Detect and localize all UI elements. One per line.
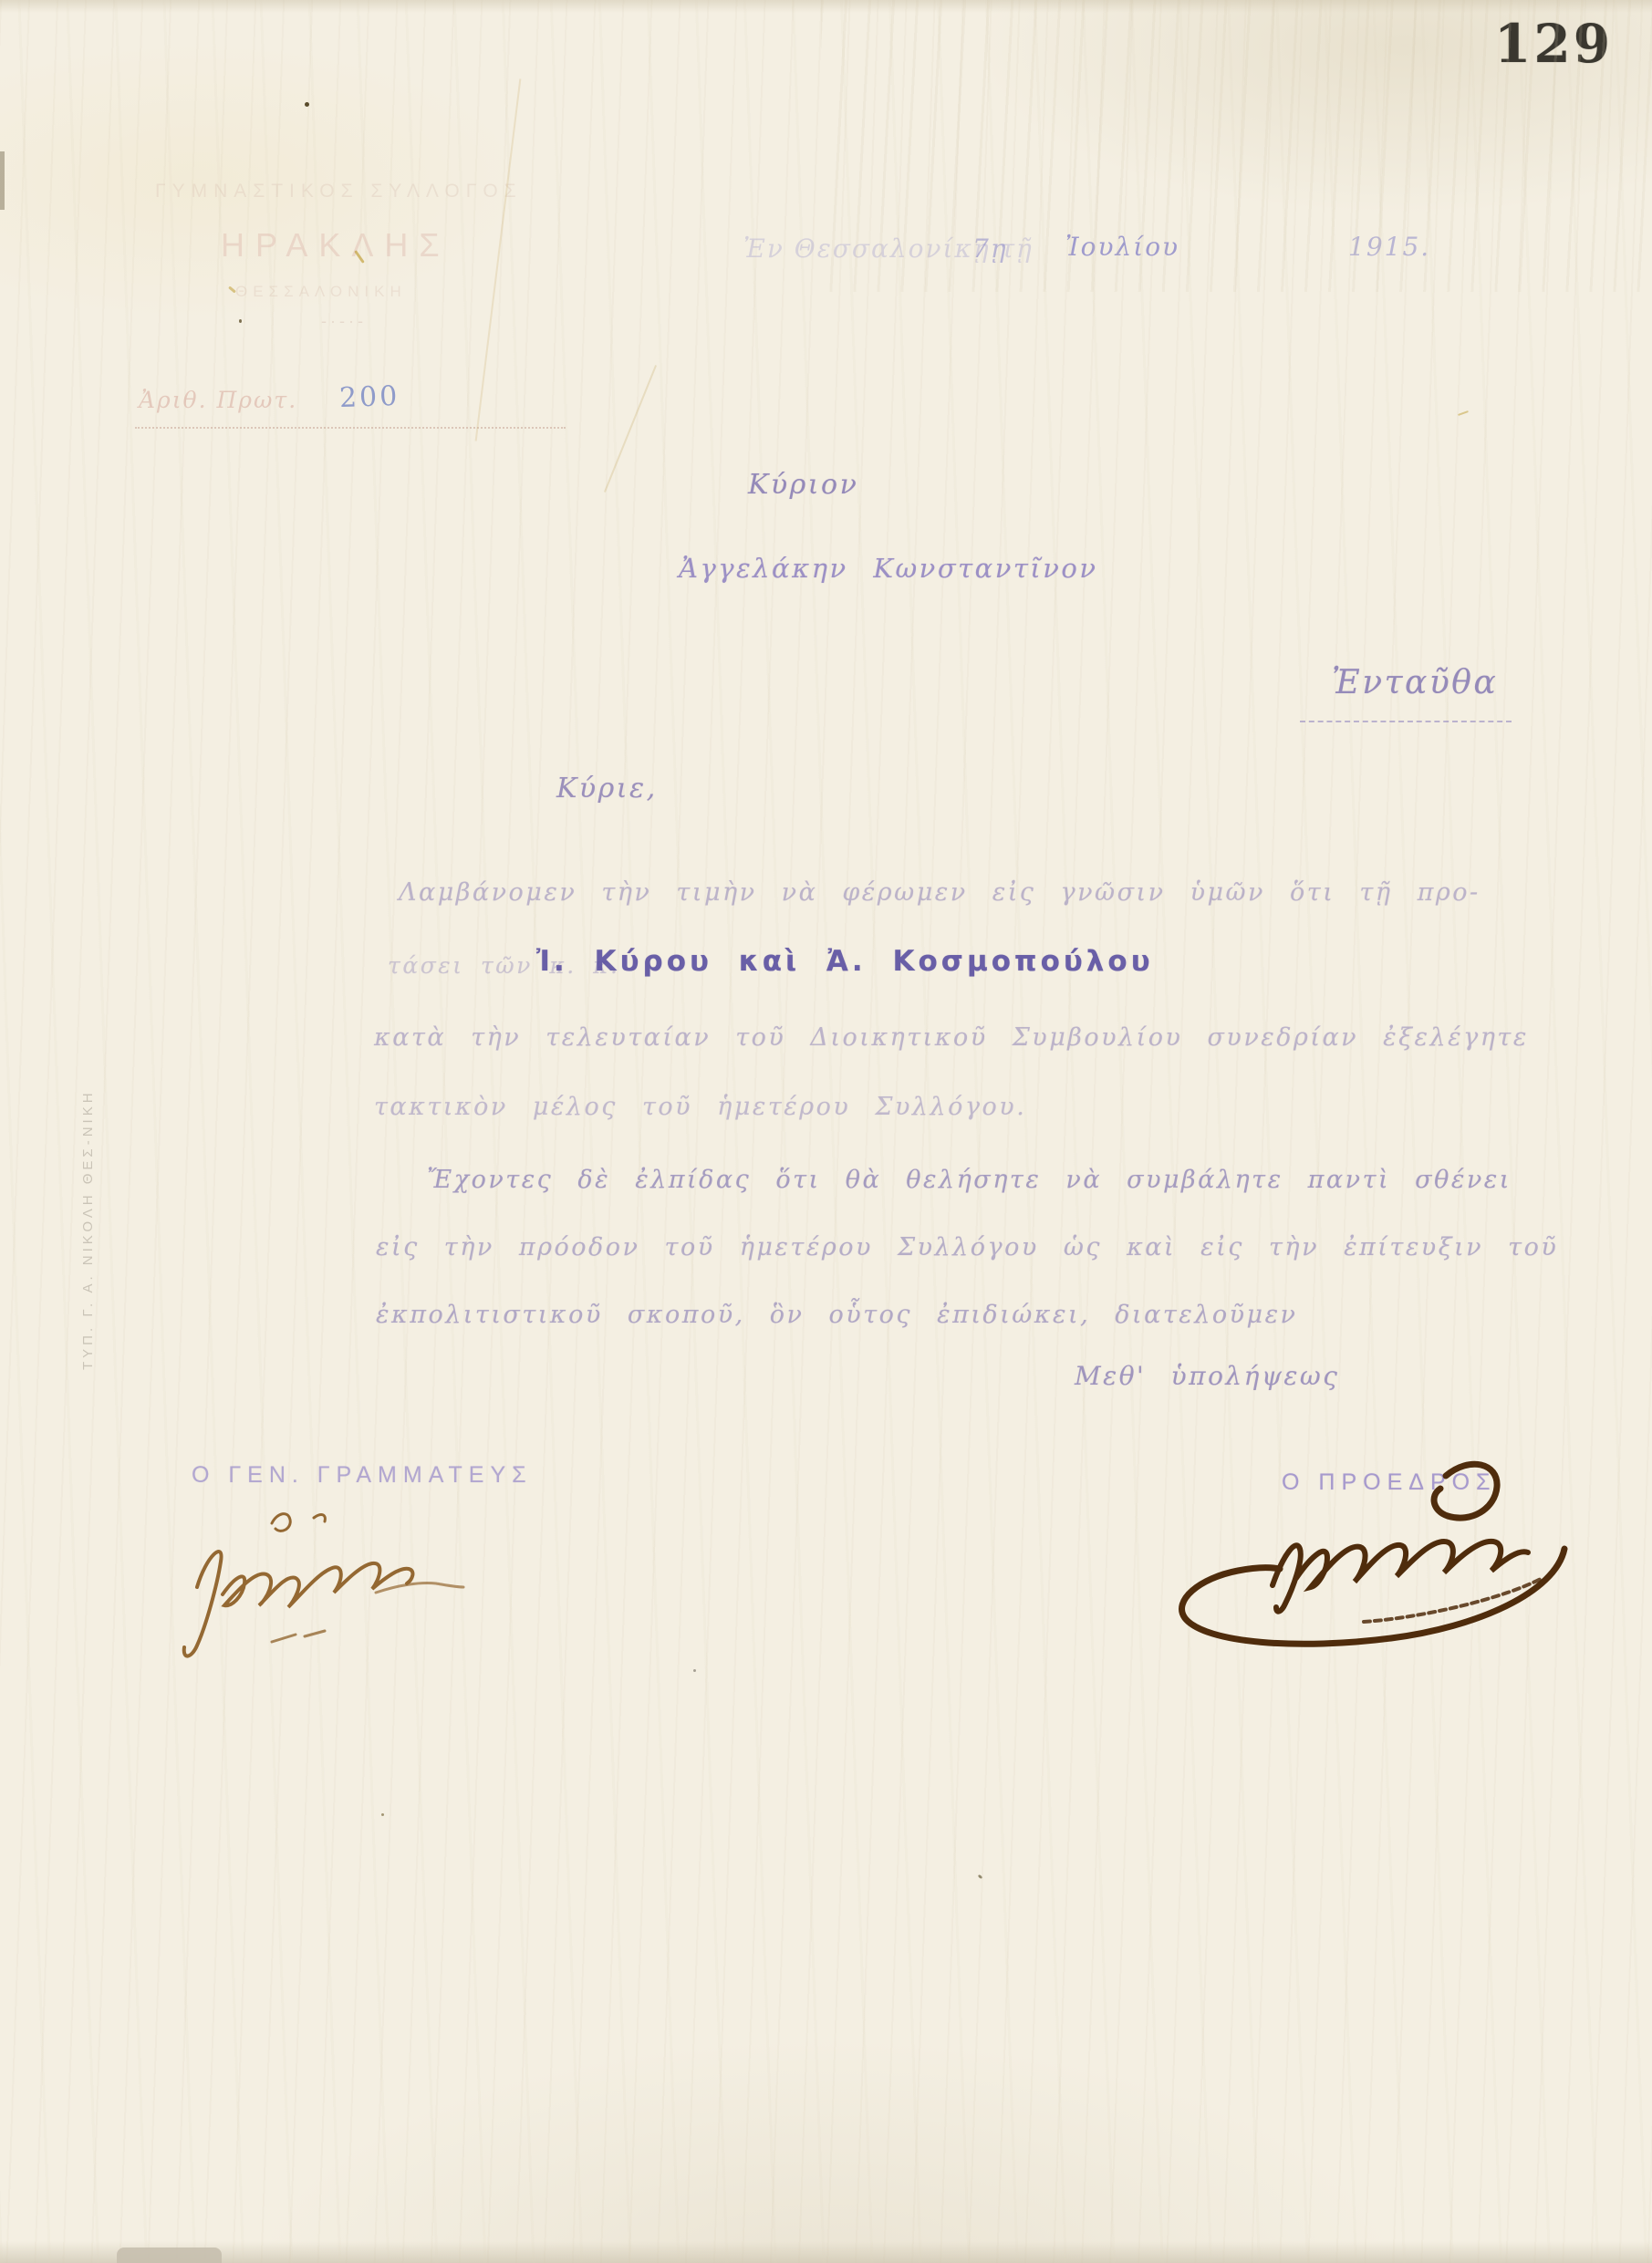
president-signature [1136,1448,1610,1667]
body-p2-line2: εἰς τὴν πρόοδον τοῦ ἡμετέρου Συλλόγου ὡς… [376,1233,1558,1261]
letterhead-city-line: ΘΕΣΣΑΛΟΝΙΚΗ [235,283,407,301]
scan-edge-blob [117,2247,222,2263]
paper-crinkle-overlay [821,0,1652,292]
body-p2-line3: ἐκπολιτιστικοῦ σκοποῦ, ὃν οὗτος ἐπιδιώκε… [376,1301,1297,1329]
body-p2-line1: Ἔχοντες δὲ ἐλπίδας ὅτι θὰ θελήσητε νὰ συ… [427,1166,1512,1194]
paper-speck [693,1669,696,1672]
recipient-name: Ἀγγελάκην Κωνσταντῖνον [679,553,1098,584]
protocol-number-underline [135,427,566,429]
letter-scan: 129 ΓΥΜΝΑΣΤΙΚΟΣ ΣΥΛΛΟΓΟΣ ΗΡΑΚΛΗΣ ΘΕΣΣΑΛΟ… [0,0,1652,2263]
paper-speck [239,319,242,323]
paper-speck [305,102,309,107]
recipient-location: Ἐνταῦθα [1332,664,1498,701]
letterhead-club-name: ΗΡΑΚΛΗΣ [221,226,451,265]
secretary-signature [135,1485,527,1676]
paper-speck [381,1813,384,1816]
paper-speck [978,1874,983,1880]
secretary-signature-icon [135,1485,527,1676]
letterhead-ornament: -·-·- [321,312,367,331]
body-p1-line3: κατὰ τὴν τελευταίαν τοῦ Διοικητικοῦ Συμβ… [374,1023,1529,1052]
body-p1-line4: τακτικὸν μέλος τοῦ ἡμετέρου Συλλόγου. [374,1093,1026,1121]
paper-crease [604,365,657,493]
paper-fleck [1458,410,1469,416]
printer-imprint: ΤΥΠ. Γ. Α. ΝΙΚΟΛΗ ΘΕΣ-ΝΙΚΗ [80,1089,96,1370]
body-p1-line1: Λαμβάνομεν τὴν τιμὴν νὰ φέρωμεν εἰς γνῶσ… [399,878,1481,907]
letterhead-org-line: ΓΥΜΝΑΣΤΙΚΟΣ ΣΥΛΛΟΓΟΣ [155,181,523,202]
president-signature-icon [1136,1448,1610,1667]
protocol-number-value: 200 [338,380,400,414]
recipient-location-underline [1300,721,1512,722]
scan-edge-mark [0,151,5,210]
printer-imprint-wrap: ΤΥΠ. Γ. Α. ΝΙΚΟΛΗ ΘΕΣ-ΝΙΚΗ [80,1370,361,1386]
recipient-title: Κύριον [748,469,858,501]
closing-phrase: Μεθ' ὑπολήψεως [1075,1361,1339,1391]
body-p1-line2-member-names: Ἰ. Κύρου καὶ Ἀ. Κοσμοπούλου [536,945,1154,978]
paper-crease [475,78,522,441]
salutation: Κύριε, [556,773,658,805]
protocol-number-label: Ἀριθ. Πρωτ. [139,387,297,413]
